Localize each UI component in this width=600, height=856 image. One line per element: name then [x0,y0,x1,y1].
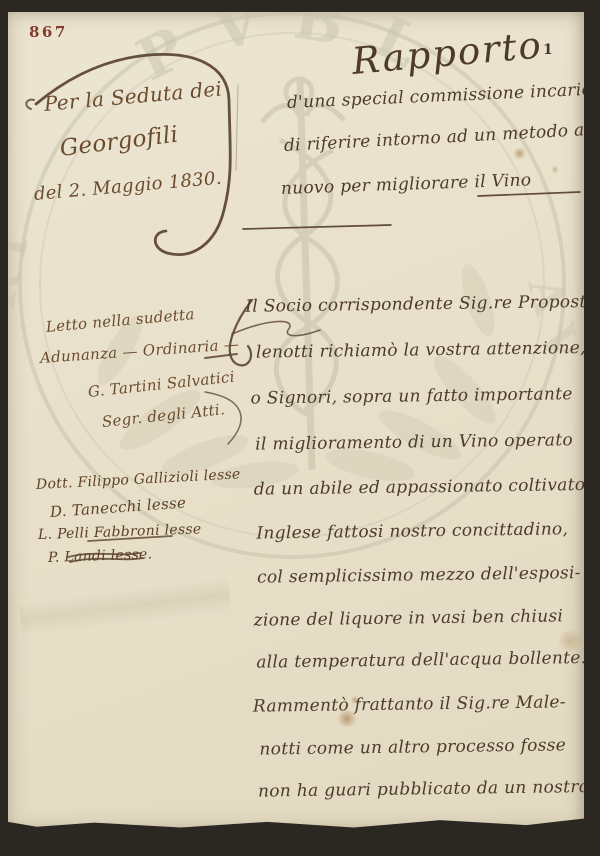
body-line: non ha guari pubblicato da un nostro [258,777,584,802]
scan-background: PVBL RI AV [0,0,600,856]
body-line: Rammentò frattanto il Sig.re Male- [253,692,566,716]
body-line: da un abile ed appassionato coltivatore [254,475,584,500]
body-text: Il Socio corrispondente Sig.re Proposto … [8,12,584,830]
body-line: alla temperatura dell'acqua bollente. [256,648,584,673]
body-line: col semplicissimo mezzo dell'esposi- [257,563,581,588]
body-line: lenotti richiamò la vostra attenzione, [256,338,584,363]
body-line: notti come un altro processo fosse [259,735,566,759]
body-line: zione del liquore in vasi ben chiusi [254,606,564,630]
body-line: Inglese fattosi nostro concittadino, [256,519,568,543]
body-line: Il Socio corrispondente Sig.re Proposto … [245,291,584,316]
page-content: PVBL RI AV [8,12,584,830]
body-line: il miglioramento di un Vino operato [255,430,573,454]
body-line: o Signori, sopra un fatto importante [250,384,572,408]
manuscript-page: PVBL RI AV [8,12,584,830]
